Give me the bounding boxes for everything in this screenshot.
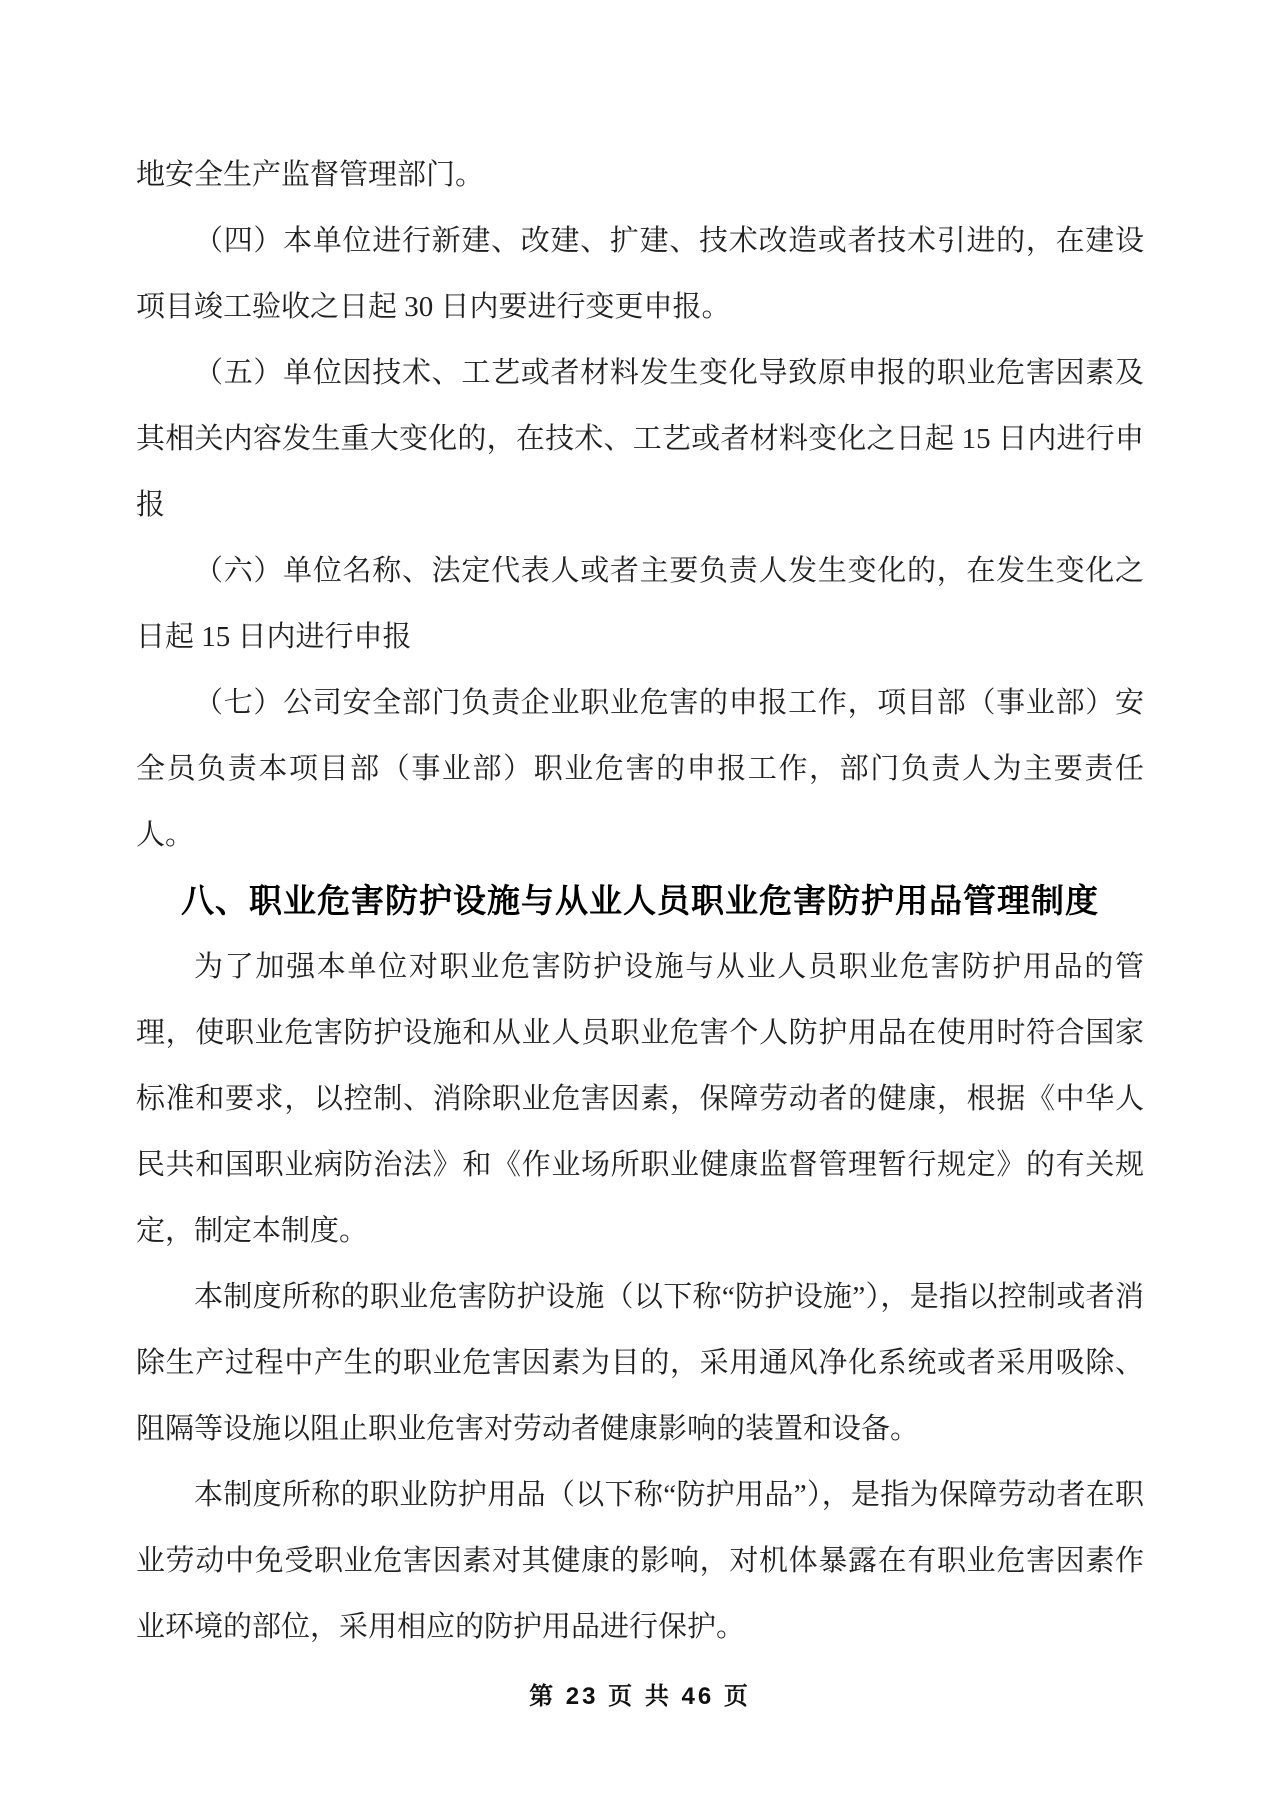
body-paragraph-purpose: 为了加强本单位对职业危害防护设施与从业人员职业危害防护用品的管理，使职业危害防护… — [136, 934, 1144, 1264]
document-body: 地安全生产监督管理部门。 （四）本单位进行新建、改建、扩建、技术改造或者技术引进… — [136, 142, 1144, 1660]
body-paragraph-definition-facilities: 本制度所称的职业危害防护设施（以下称“防护设施”），是指以控制或者消除生产过程中… — [136, 1264, 1144, 1462]
body-paragraph-item-7: （七）公司安全部门负责企业职业危害的申报工作，项目部（事业部）安全员负责本项目部… — [136, 670, 1144, 868]
body-paragraph-definition-ppe: 本制度所称的职业防护用品（以下称“防护用品”），是指为保障劳动者在职业劳动中免受… — [136, 1462, 1144, 1660]
page-number-label: 第 23 页 共 46 页 — [529, 1683, 751, 1710]
body-paragraph-continuation: 地安全生产监督管理部门。 — [136, 142, 1144, 208]
body-paragraph-item-5: （五）单位因技术、工艺或者材料发生变化导致原申报的职业危害因素及其相关内容发生重… — [136, 340, 1144, 538]
document-page: 地安全生产监督管理部门。 （四）本单位进行新建、改建、扩建、技术改造或者技术引进… — [0, 0, 1280, 1810]
page-footer: 第 23 页 共 46 页 — [0, 1676, 1280, 1711]
body-paragraph-item-6: （六）单位名称、法定代表人或者主要负责人发生变化的，在发生变化之日起 15 日内… — [136, 538, 1144, 670]
body-paragraph-item-4: （四）本单位进行新建、改建、扩建、技术改造或者技术引进的，在建设项目竣工验收之日… — [136, 208, 1144, 340]
section-heading: 八、职业危害防护设施与从业人员职业危害防护用品管理制度 — [136, 868, 1144, 934]
